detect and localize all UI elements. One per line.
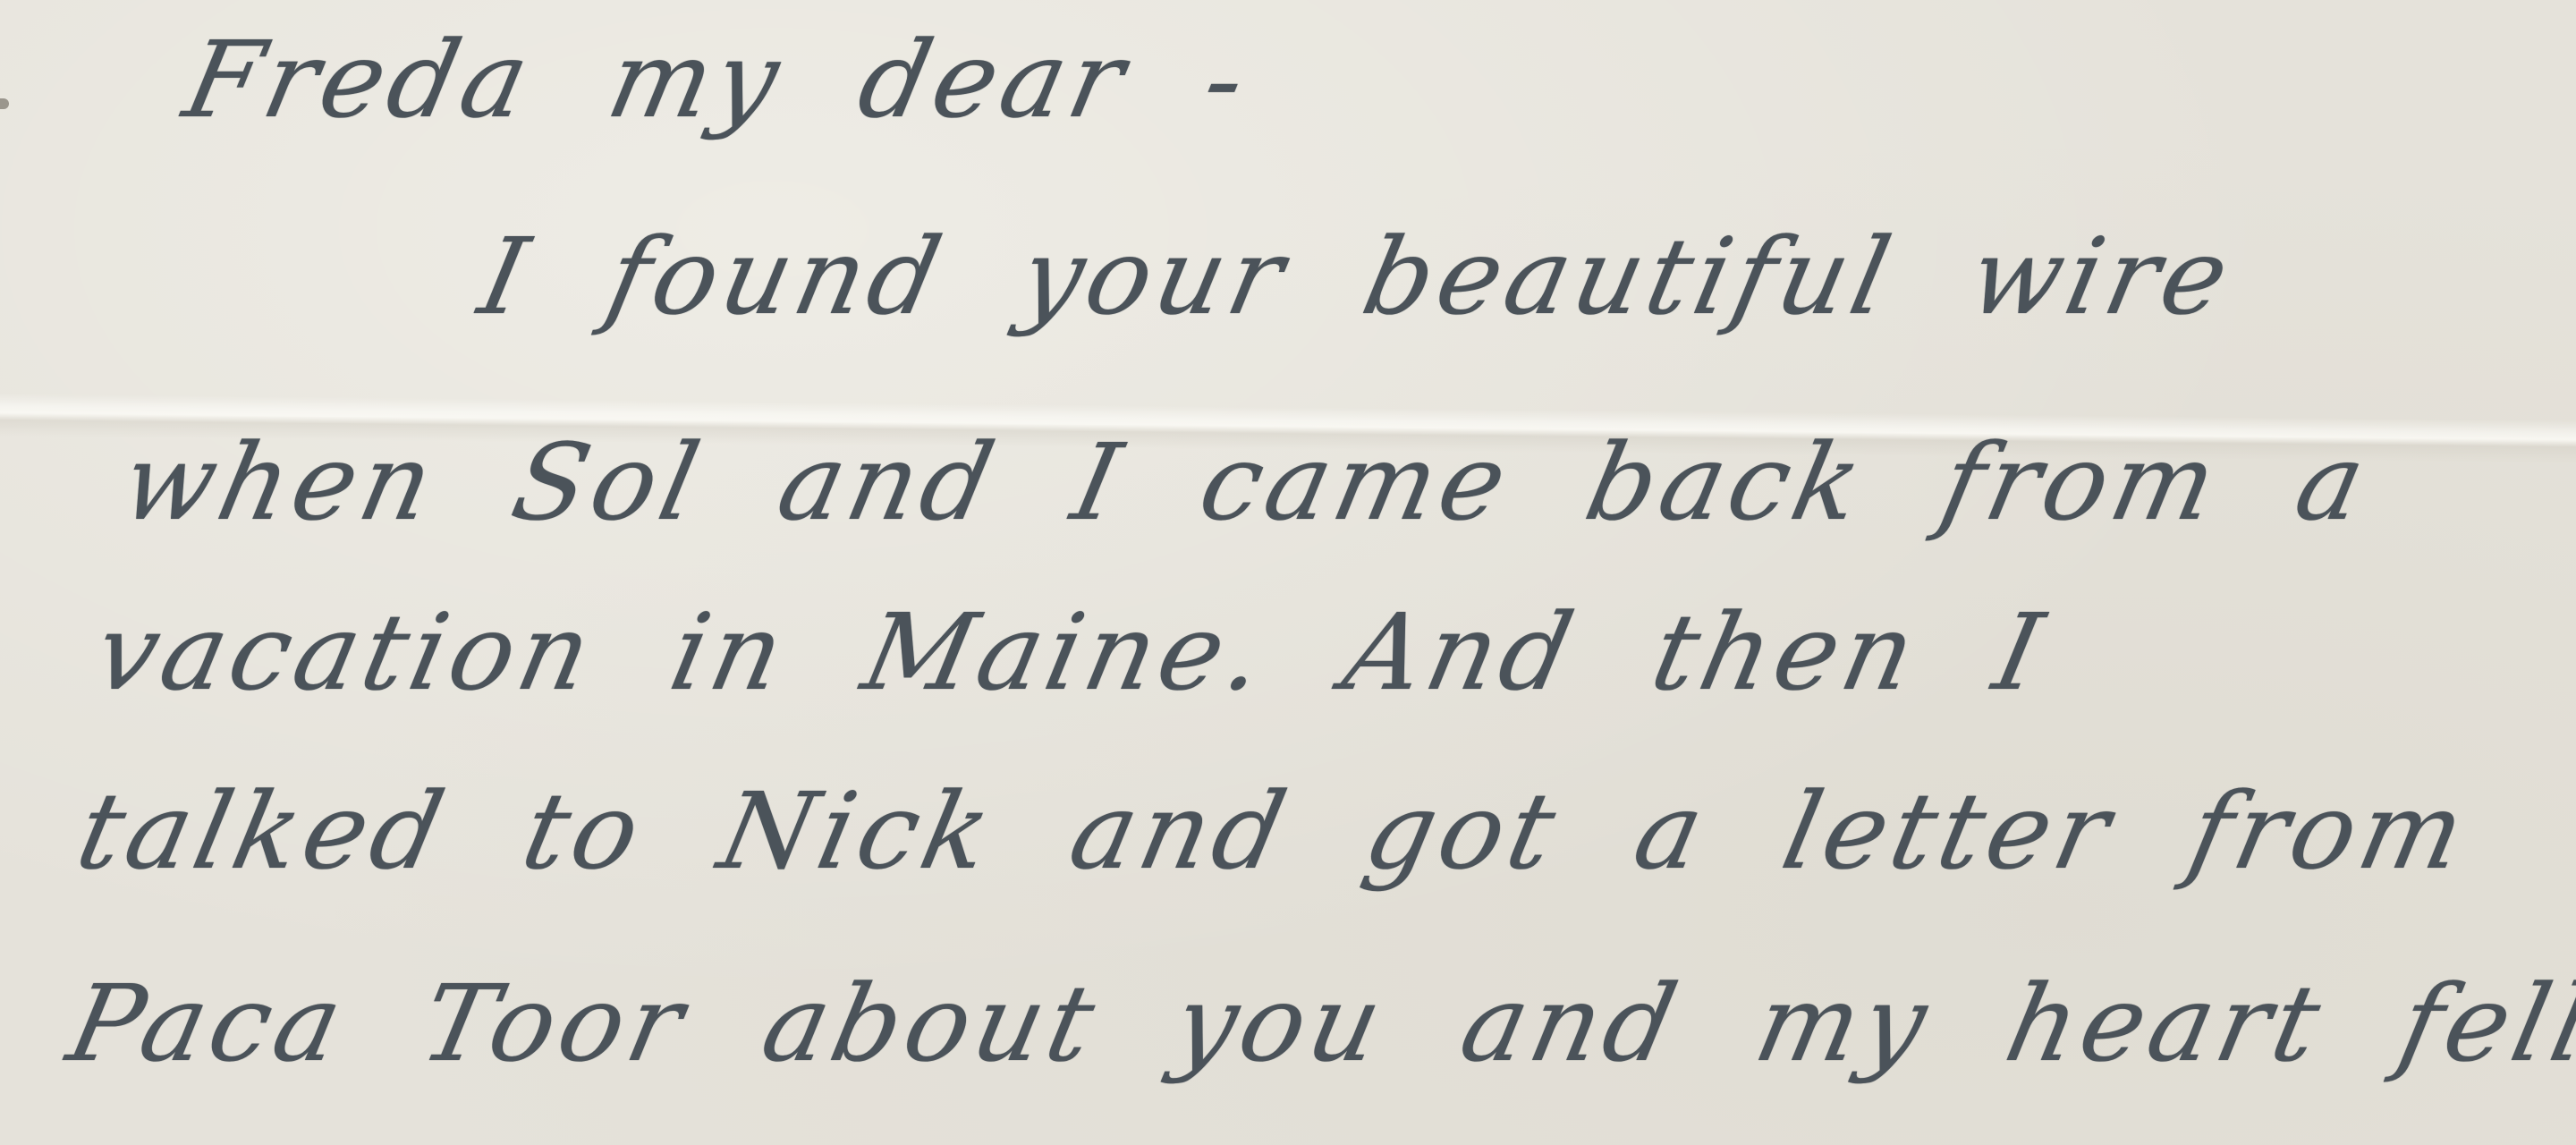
letter-page: Freda my dear - I found your beautiful w… (0, 0, 2576, 1145)
letter-line-3: when Sol and I came back from a (112, 420, 2380, 544)
ink-edge-mark (0, 98, 9, 109)
letter-line-2: I found your beautiful wire (470, 215, 2244, 338)
letter-line-6: Paca Toor about you and my heart fell (58, 962, 2576, 1085)
salutation-line: Freda my dear - (174, 18, 1260, 141)
letter-line-5: talked to Nick and got a letter from (67, 769, 2479, 893)
letter-line-4: vacation in Maine. And then I (85, 590, 2057, 714)
